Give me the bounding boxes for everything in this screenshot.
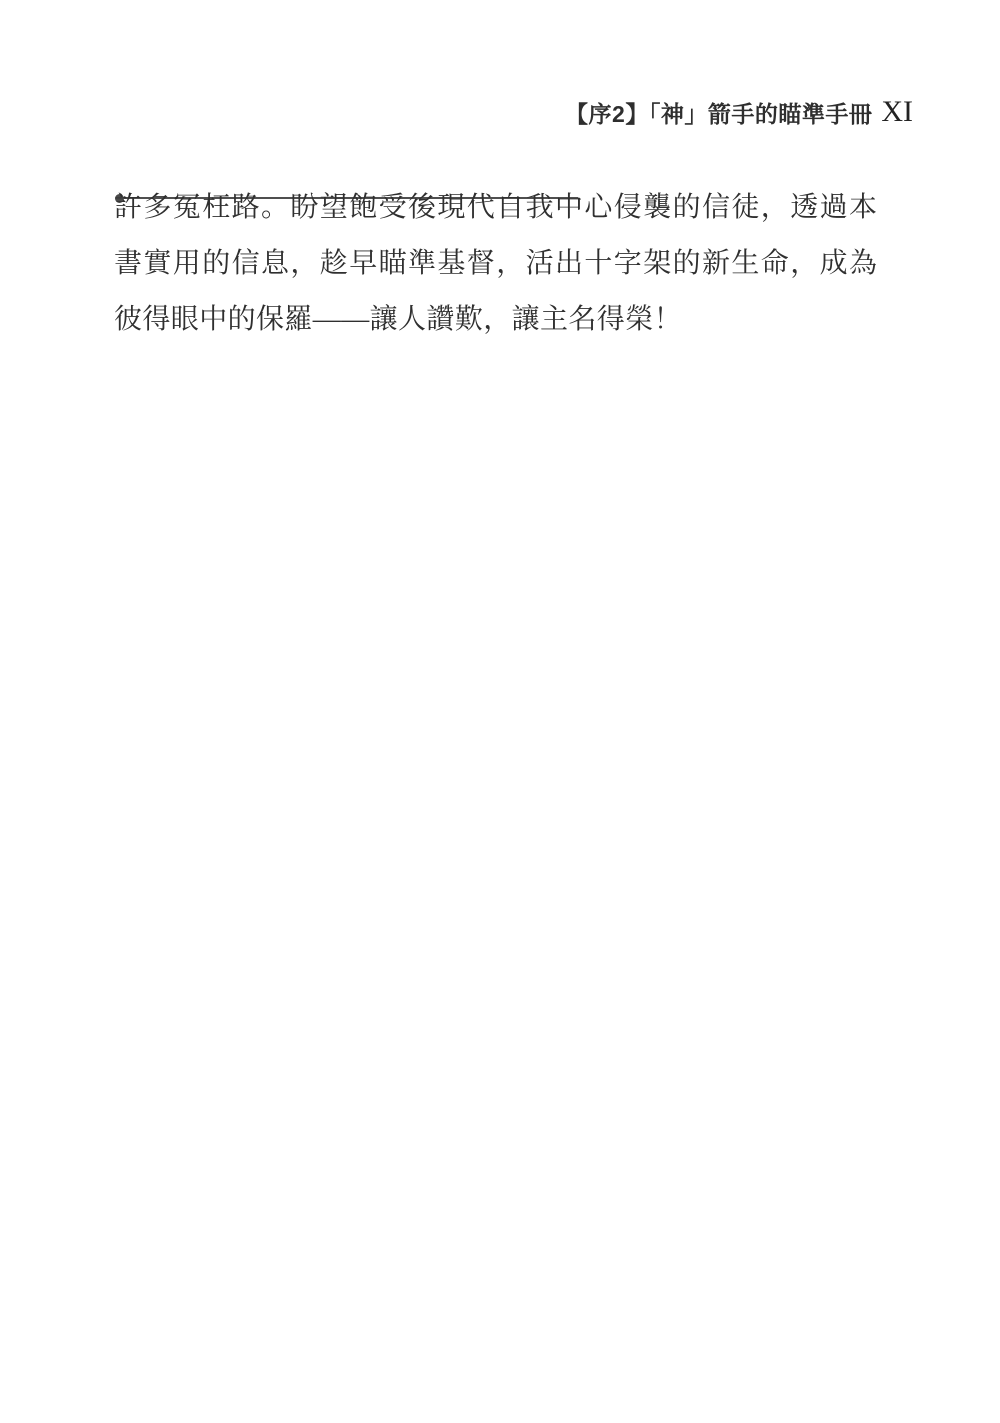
page-header: 【序2】「神」箭手的瞄準手冊 XI <box>0 88 1000 136</box>
page-number: XI <box>881 97 913 127</box>
book-page: 【序2】「神」箭手的瞄準手冊 XI 許多冤枉路。盼望飽受後現代自我中心侵襲的信徒… <box>0 0 1000 1423</box>
text-line-1: 許多冤枉路。盼望飽受後現代自我中心侵襲的信徒，透過本 <box>114 180 889 236</box>
text-line-3: 彼得眼中的保羅——讓人讚歎，讓主名得榮！ <box>114 292 889 348</box>
body-paragraph: 許多冤枉路。盼望飽受後現代自我中心侵襲的信徒，透過本 書實用的信息，趁早瞄準基督… <box>114 180 889 348</box>
text-line-2: 書實用的信息，趁早瞄準基督，活出十字架的新生命，成為 <box>114 236 889 292</box>
header-title-group: 【序2】「神」箭手的瞄準手冊 XI <box>565 88 913 136</box>
header-title: 【序2】「神」箭手的瞄準手冊 <box>565 96 872 129</box>
